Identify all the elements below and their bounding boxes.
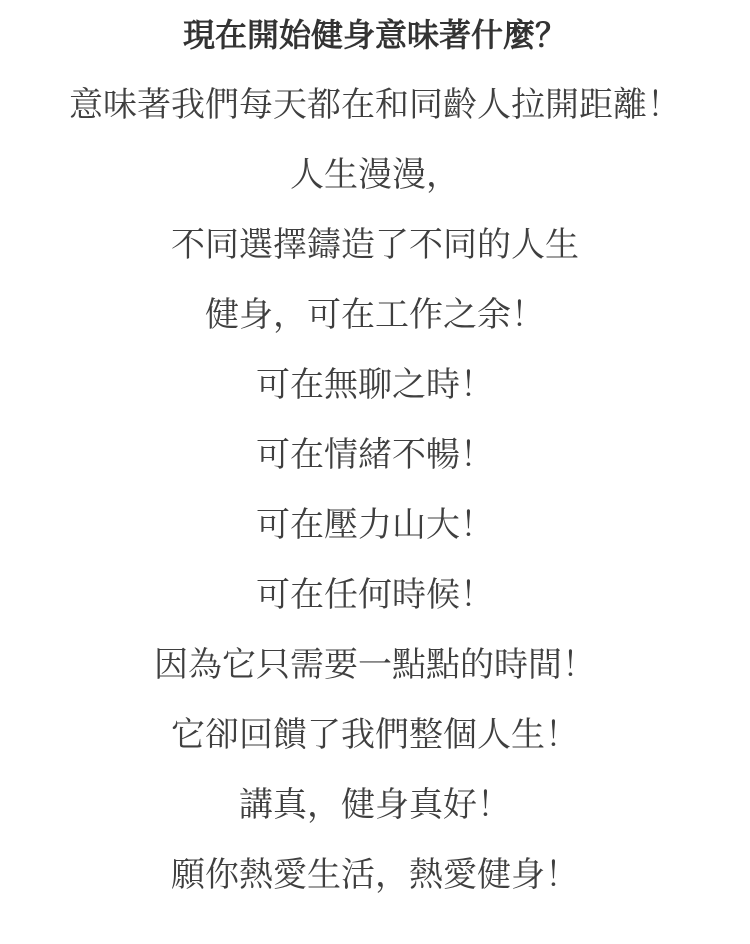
paragraph-line-5: 可在無聊之時！ xyxy=(0,350,750,420)
paragraph-line-4: 健身，可在工作之余！ xyxy=(0,280,750,350)
paragraph-line-6: 可在情緒不暢！ xyxy=(0,420,750,490)
paragraph-line-10: 它卻回饋了我們整個人生！ xyxy=(0,700,750,770)
paragraph-line-8: 可在任何時候！ xyxy=(0,560,750,630)
paragraph-line-1: 意味著我們每天都在和同齡人拉開距離！ xyxy=(0,70,750,140)
article-title: 現在開始健身意味著什麼？ xyxy=(0,0,750,70)
paragraph-line-12: 願你熱愛生活，熱愛健身！ xyxy=(0,840,750,910)
article-body: 現在開始健身意味著什麼？ 意味著我們每天都在和同齡人拉開距離！ 人生漫漫， 不同… xyxy=(0,0,750,910)
paragraph-line-2: 人生漫漫， xyxy=(0,140,750,210)
paragraph-line-9: 因為它只需要一點點的時間！ xyxy=(0,630,750,700)
paragraph-line-7: 可在壓力山大！ xyxy=(0,490,750,560)
paragraph-line-11: 講真，健身真好！ xyxy=(0,770,750,840)
page: 現在開始健身意味著什麼？ 意味著我們每天都在和同齡人拉開距離！ 人生漫漫， 不同… xyxy=(0,0,750,944)
paragraph-line-3: 不同選擇鑄造了不同的人生 xyxy=(0,210,750,280)
